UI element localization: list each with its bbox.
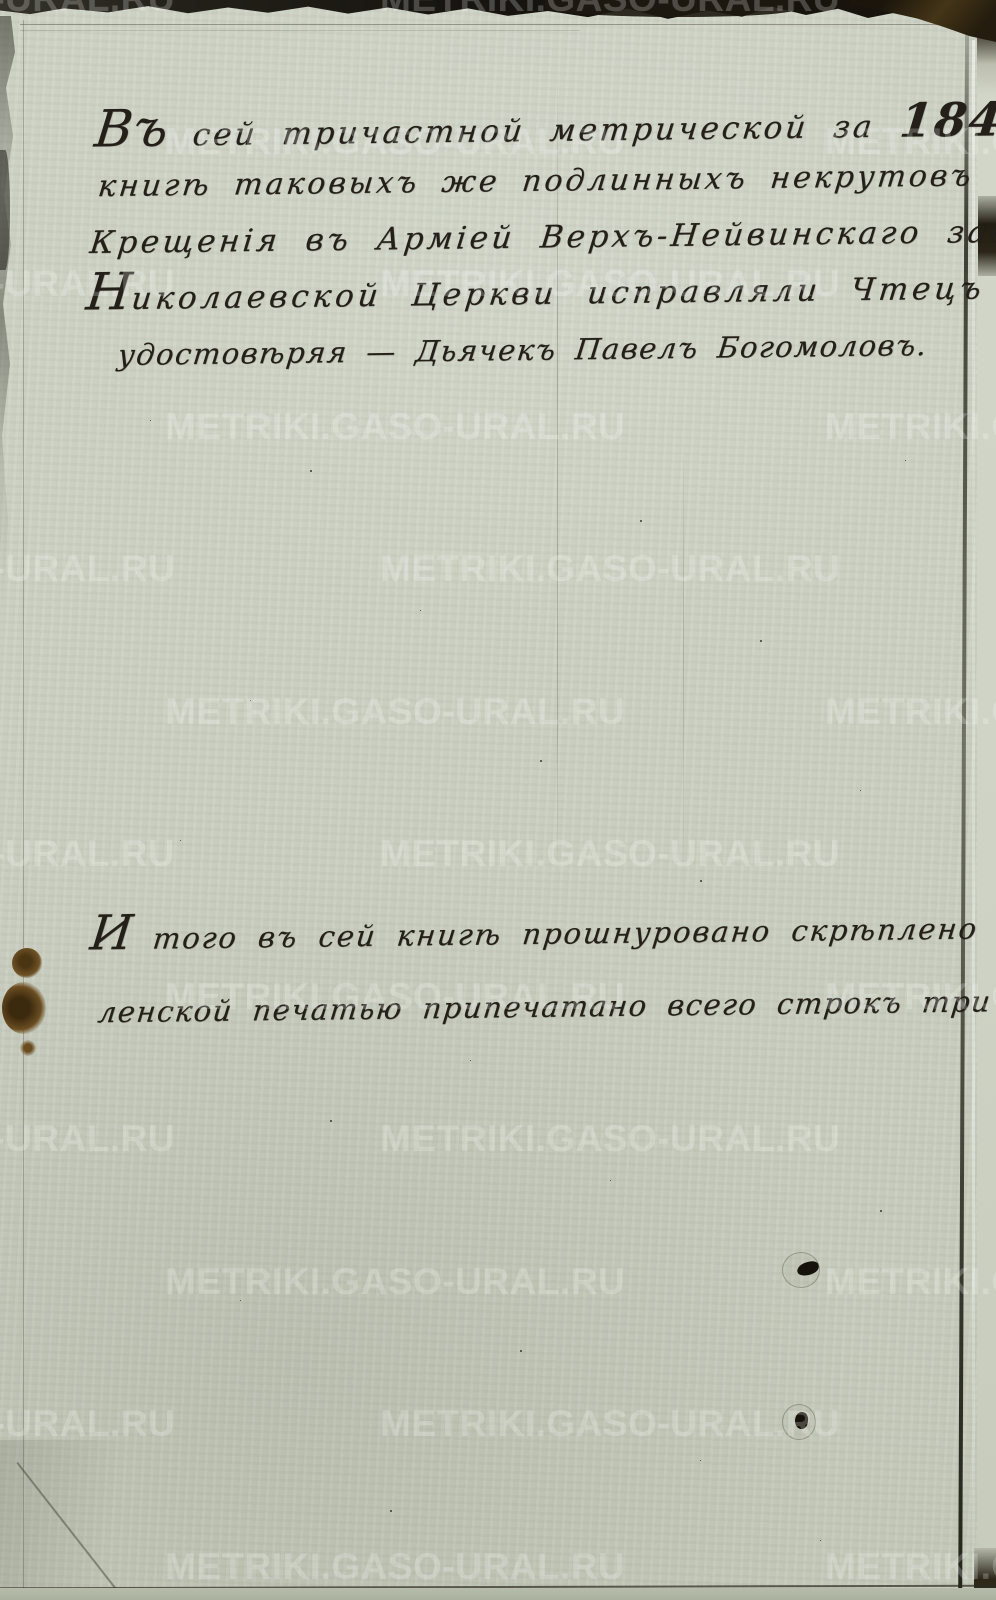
- certification-inscription-block: И того въ сей книгѣ прошнуровано скрѣпле…: [0, 0, 996, 1600]
- handwritten-text-segment: того въ сей книгѣ прошнуровано скрѣплено…: [131, 910, 996, 956]
- handwritten-text-segment: И: [88, 906, 137, 962]
- handwritten-line: И того въ сей книгѣ прошнуровано скрѣпле…: [88, 910, 996, 957]
- handwritten-line: ленской печатью припечатано всего строкъ…: [96, 983, 996, 1030]
- manuscript-page-scan: Въ сей тричастной метрической за 1840 го…: [0, 0, 996, 1600]
- handwritten-text-segment: ленской печатью припечатано всего строкъ…: [96, 983, 996, 1030]
